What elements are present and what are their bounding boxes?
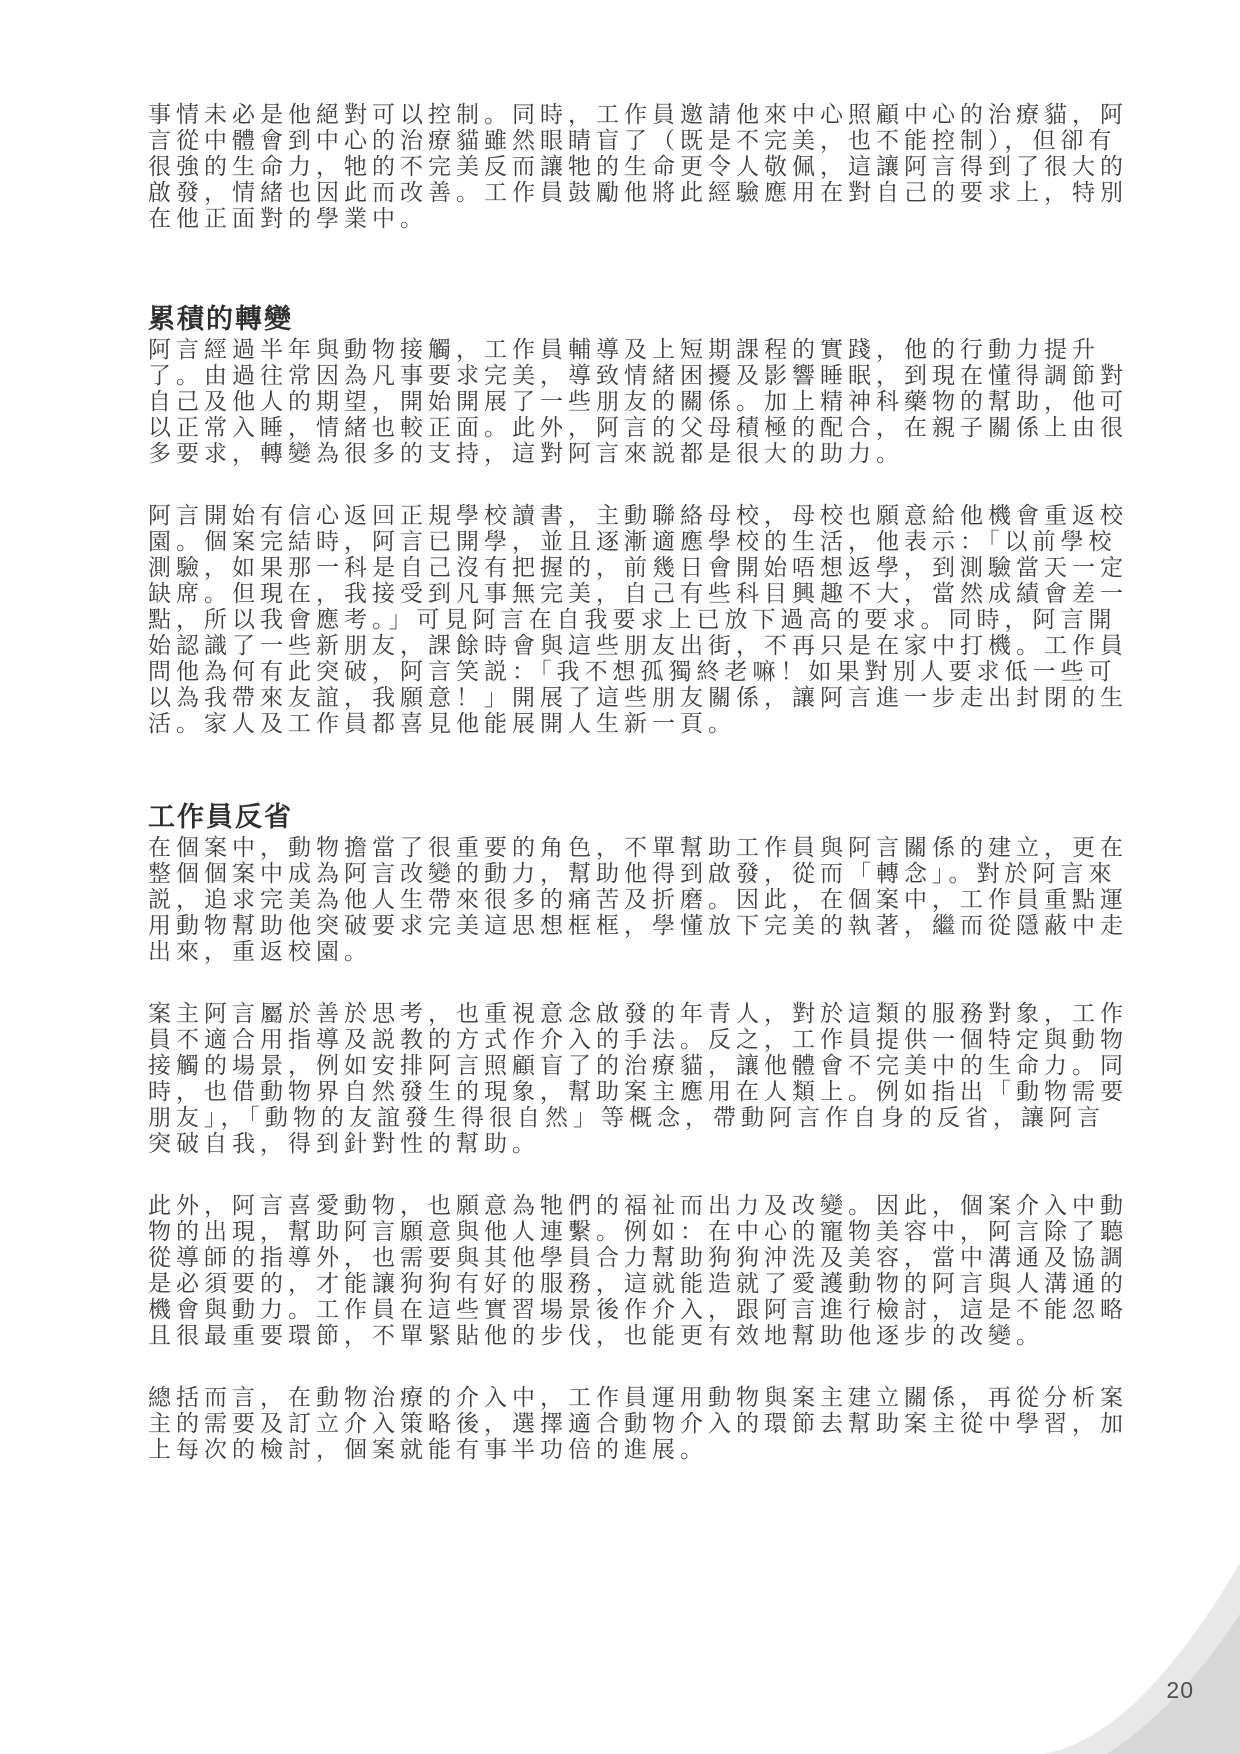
intro-paragraph: 事情未必是他絕對可以控制。同時，工作員邀請他來中心照顧中心的治療貓，阿言從中體會… bbox=[148, 101, 1110, 231]
section-heading: 工作員反省 bbox=[148, 800, 1110, 834]
section-accumulated-change: 累積的轉變 阿言經過半年與動物接觸，工作員輔導及上短期課程的實踐，他的行動力提升… bbox=[148, 302, 1110, 736]
body-paragraph: 阿言開始有信心返回正規學校讀書，主動聯絡母校，母校也願意給他機會重返校園。個案完… bbox=[148, 502, 1110, 736]
body-paragraph: 此外，阿言喜愛動物，也願意為牠們的福祉而出力及改變。因此，個案介入中動物的出現，… bbox=[148, 1192, 1110, 1348]
page-content: 事情未必是他絕對可以控制。同時，工作員邀請他來中心照顧中心的治療貓，阿言從中體會… bbox=[148, 0, 1110, 1462]
body-paragraph: 阿言經過半年與動物接觸，工作員輔導及上短期課程的實踐，他的行動力提升了。由過往常… bbox=[148, 336, 1110, 466]
body-paragraph: 案主阿言屬於善於思考，也重視意念啟發的年青人，對於這類的服務對象，工作員不適合用… bbox=[148, 1000, 1110, 1156]
body-paragraph: 總括而言，在動物治療的介入中，工作員運用動物與案主建立關係，再從分析案主的需要及… bbox=[148, 1384, 1110, 1462]
section-heading: 累積的轉變 bbox=[148, 302, 1110, 336]
body-paragraph: 在個案中，動物擔當了很重要的角色，不單幫助工作員與阿言關係的建立，更在整個個案中… bbox=[148, 834, 1110, 964]
section-worker-reflection: 工作員反省 在個案中，動物擔當了很重要的角色，不單幫助工作員與阿言關係的建立，更… bbox=[148, 800, 1110, 1462]
page-number: 20 bbox=[1166, 1677, 1194, 1704]
corner-decoration bbox=[940, 1504, 1240, 1754]
document-page: 事情未必是他絕對可以控制。同時，工作員邀請他來中心照顧中心的治療貓，阿言從中體會… bbox=[0, 0, 1240, 1754]
